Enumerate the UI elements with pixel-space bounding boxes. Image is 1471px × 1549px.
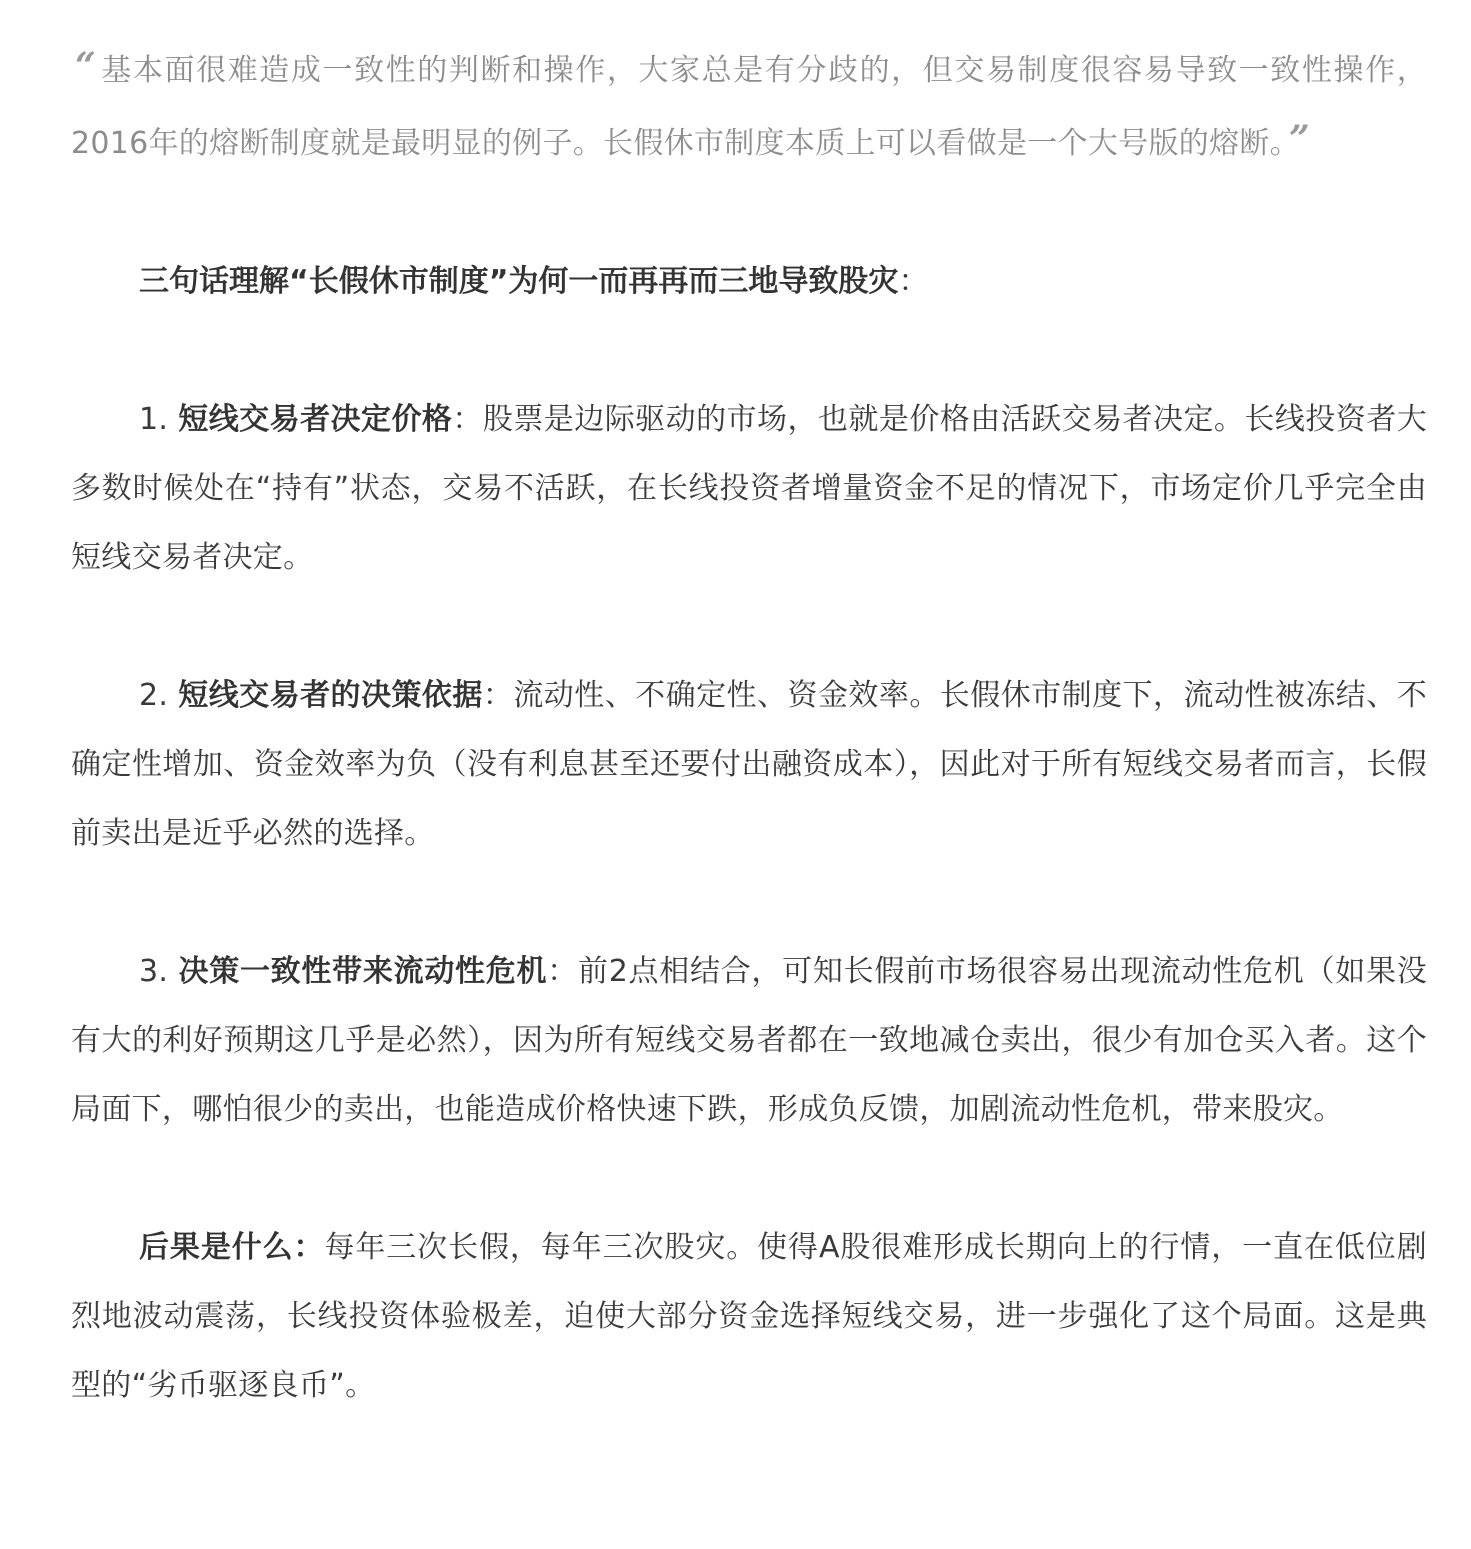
- point-number: 3.: [139, 954, 179, 989]
- section-heading: 三句话理解“长假休市制度”为何一而再再而三地导致股灾：: [71, 247, 1427, 316]
- close-quote-icon: ”: [1285, 118, 1314, 160]
- point-title: 决策一致性带来流动性危机: [179, 954, 548, 989]
- spacer: [71, 868, 1427, 937]
- point-2: 2. 短线交易者的决策依据：流动性、不确定性、资金效率。长假休市制度下，流动性被…: [71, 661, 1427, 868]
- section-heading-text: 三句话理解“长假休市制度”为何一而再再而三地导致股灾: [139, 264, 898, 299]
- conclusion-title: 后果是什么：: [139, 1230, 324, 1265]
- spacer: [71, 592, 1427, 661]
- point-colon: ：: [547, 954, 578, 989]
- blockquote: “基本面很难造成一致性的判断和操作，大家总是有分歧的，但交易制度很容易导致一致性…: [71, 32, 1427, 178]
- quote-text: 基本面很难造成一致性的判断和操作，大家总是有分歧的，但交易制度很容易导致一致性操…: [71, 53, 1427, 161]
- article-body: “基本面很难造成一致性的判断和操作，大家总是有分歧的，但交易制度很容易导致一致性…: [71, 0, 1427, 1420]
- spacer: [71, 316, 1427, 385]
- point-1: 1. 短线交易者决定价格：股票是边际驱动的市场，也就是价格由活跃交易者决定。长线…: [71, 385, 1427, 592]
- point-title: 短线交易者决定价格: [178, 402, 452, 437]
- open-quote-icon: “: [71, 45, 100, 87]
- point-colon: ：: [452, 402, 482, 437]
- point-number: 1.: [139, 402, 178, 437]
- spacer: [71, 178, 1427, 247]
- point-3: 3. 决策一致性带来流动性危机：前2点相结合，可知长假前市场很容易出现流动性危机…: [71, 937, 1427, 1144]
- point-title: 短线交易者的决策依据: [178, 678, 483, 713]
- spacer: [71, 1144, 1427, 1213]
- point-number: 2.: [139, 678, 178, 713]
- section-heading-colon: ：: [898, 264, 928, 299]
- conclusion: 后果是什么：每年三次长假，每年三次股灾。使得A股很难形成长期向上的行情，一直在低…: [71, 1213, 1427, 1420]
- point-colon: ：: [483, 678, 513, 713]
